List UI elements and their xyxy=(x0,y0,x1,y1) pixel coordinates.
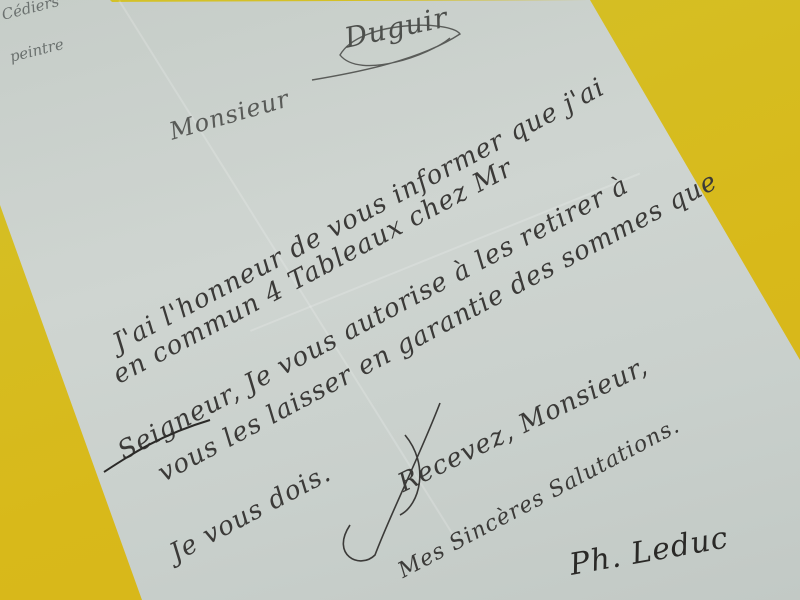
photo-scene: Cédiers peintre Duguir Monsieur J'ai l'h… xyxy=(0,0,800,600)
seigneur-flourish xyxy=(100,400,220,480)
